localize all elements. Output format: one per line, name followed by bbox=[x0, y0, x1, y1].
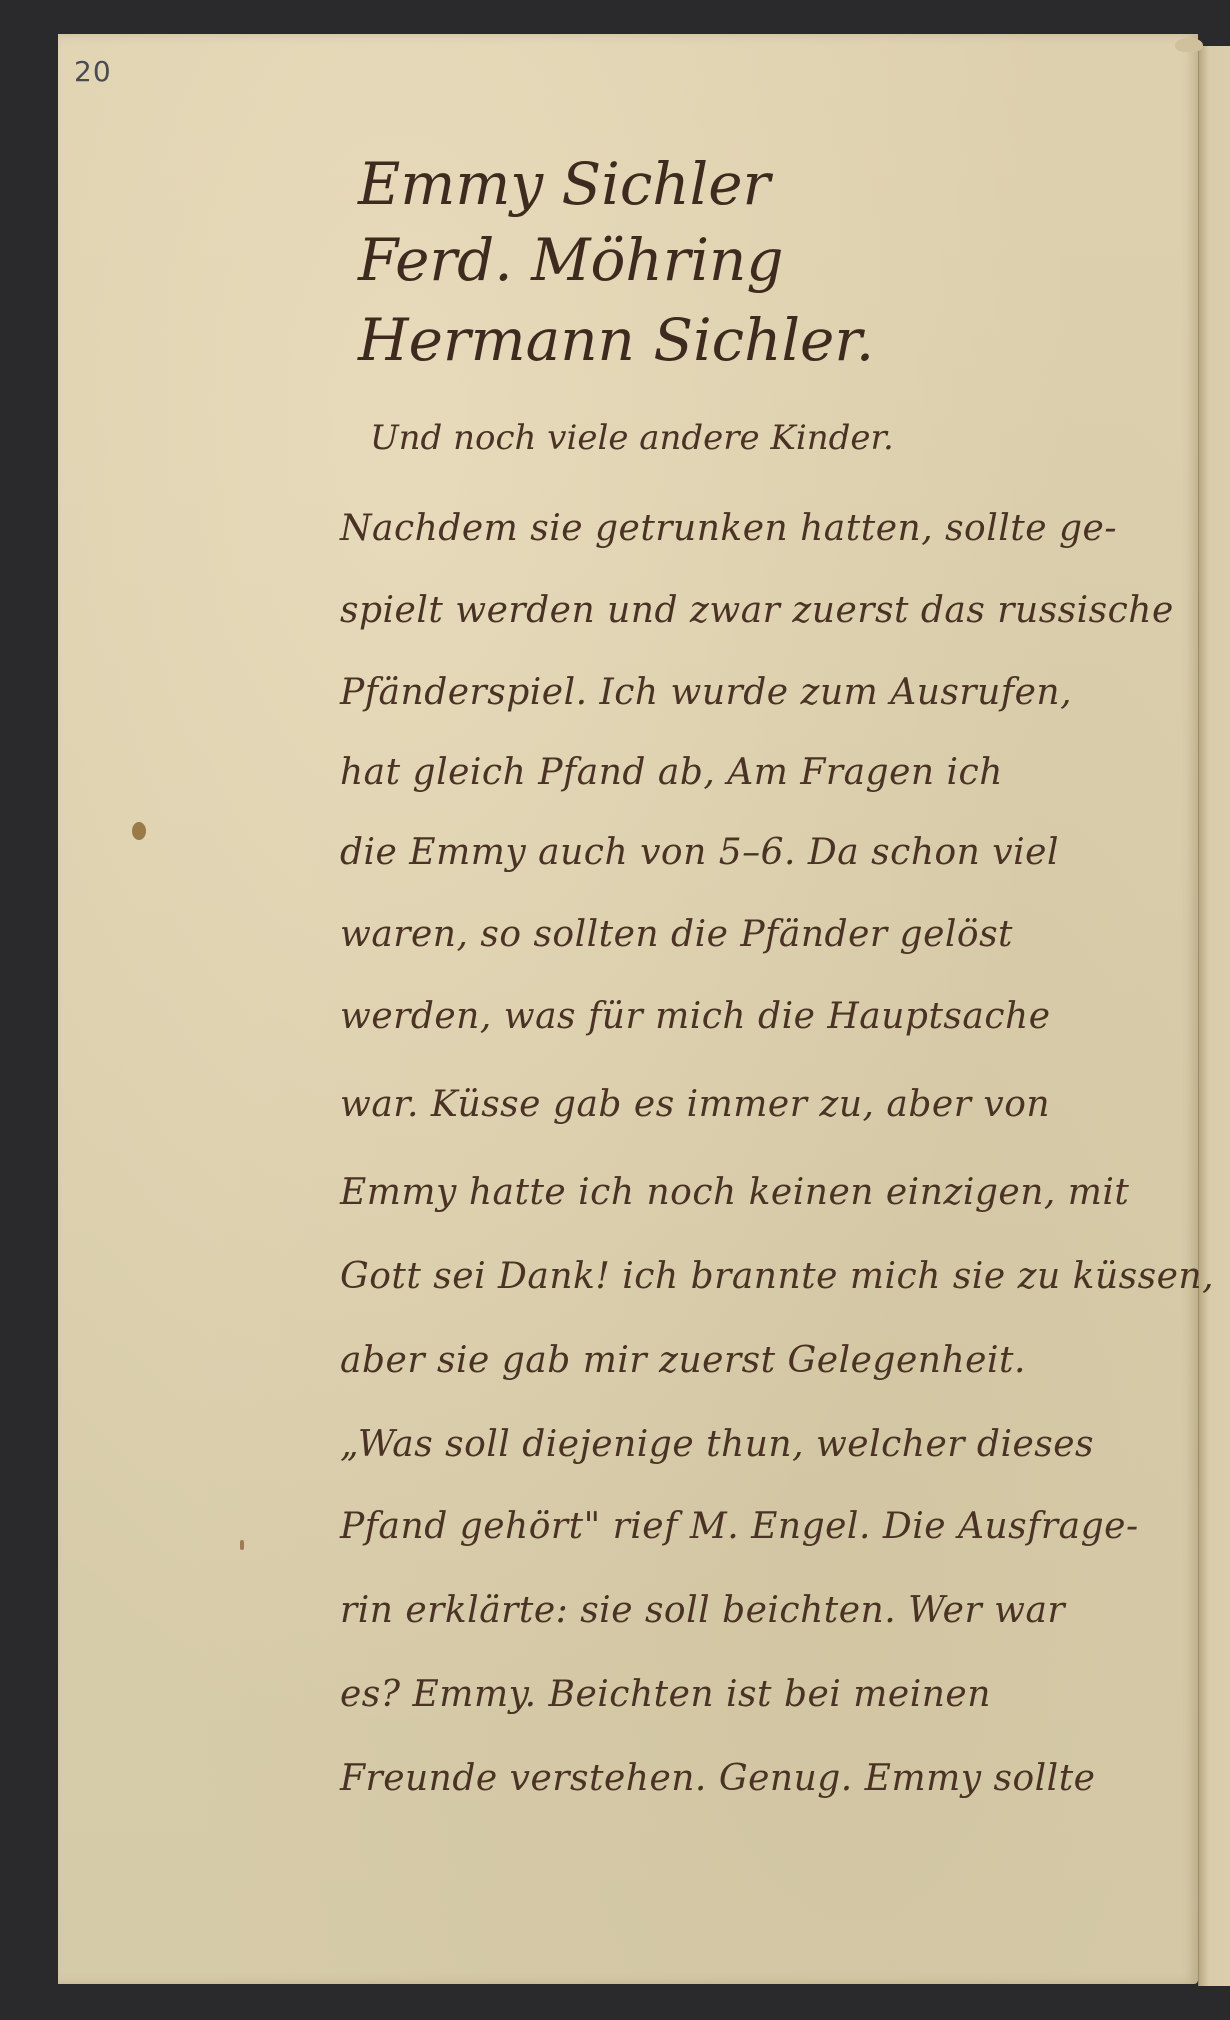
body-line: werden, was für mich die Hauptsache bbox=[340, 996, 1051, 1037]
body-line: war. Küsse gab es immer zu, aber von bbox=[340, 1084, 1050, 1125]
page-number: 20 bbox=[74, 55, 112, 88]
cast-name-1: Emmy Sichler bbox=[358, 150, 770, 218]
body-line: Freunde verstehen. Genug. Emmy sollte bbox=[340, 1758, 1095, 1799]
body-line: Pfand gehört" rief M. Engel. Die Ausfrag… bbox=[340, 1506, 1139, 1547]
cast-name-2: Ferd. Möhring bbox=[358, 226, 784, 294]
body-line: die Emmy auch von 5–6. Da schon viel bbox=[340, 832, 1059, 873]
body-line: hat gleich Pfand ab, Am Fragen ich bbox=[340, 752, 1003, 793]
body-line: Pfänderspiel. Ich wurde zum Ausrufen, bbox=[340, 672, 1072, 713]
cast-name-3: Hermann Sichler. bbox=[358, 306, 874, 374]
body-line: „Was soll diejenige thun, welcher dieses bbox=[340, 1424, 1094, 1465]
page-corner-fold bbox=[1175, 38, 1203, 52]
body-line: Nachdem sie getrunken hatten, sollte ge- bbox=[340, 508, 1117, 549]
paper-fleck bbox=[240, 1540, 244, 1550]
body-line: es? Emmy. Beichten ist bei meinen bbox=[340, 1674, 991, 1715]
body-line: rin erklärte: sie soll beichten. Wer war bbox=[340, 1590, 1065, 1631]
paper-stain bbox=[132, 822, 146, 840]
body-line: aber sie gab mir zuerst Gelegenheit. bbox=[340, 1340, 1026, 1381]
body-line: Emmy hatte ich noch keinen einzigen, mit bbox=[340, 1172, 1129, 1213]
body-line: Gott sei Dank! ich brannte mich sie zu k… bbox=[340, 1256, 1214, 1297]
body-line: waren, so sollten die Pfänder gelöst bbox=[340, 914, 1013, 955]
body-line: spielt werden und zwar zuerst das russis… bbox=[340, 590, 1174, 631]
cast-subtitle: Und noch viele andere Kinder. bbox=[370, 418, 894, 458]
adjacent-page-edge bbox=[1198, 46, 1230, 1986]
